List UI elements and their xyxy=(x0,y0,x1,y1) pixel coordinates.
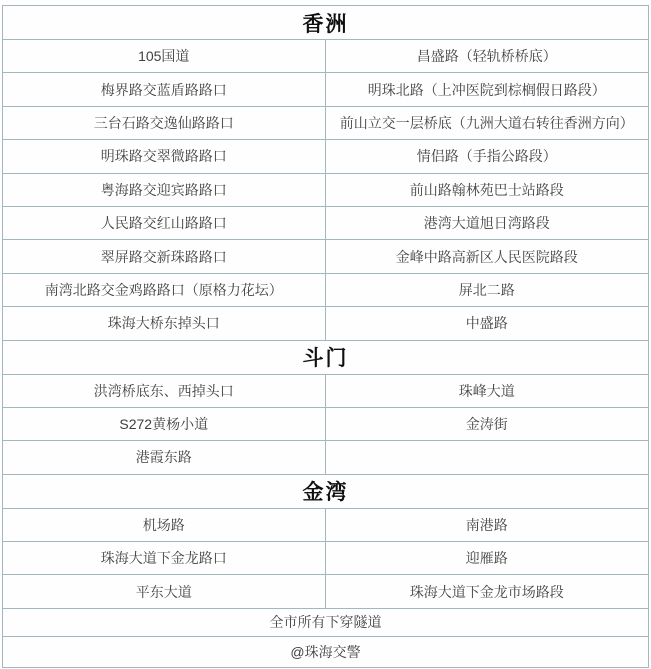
table-row: 珠海大桥东掉头口 中盛路 xyxy=(3,307,648,340)
table-row: 人民路交红山路路口 港湾大道旭日湾路段 xyxy=(3,207,648,240)
section-title: 金湾 xyxy=(303,476,349,506)
road-cell-left: 南湾北路交金鸡路路口（原格力花坛） xyxy=(3,274,326,306)
road-cell-left: 洪湾桥底东、西掉头口 xyxy=(3,375,326,407)
table-row: 明珠路交翠微路路口 情侣路（手指公路段） xyxy=(3,140,648,173)
road-cell-right: 南港路 xyxy=(326,509,649,541)
road-cell-right: 前山立交一层桥底（九洲大道右转往香洲方向） xyxy=(326,107,649,139)
citywide-tunnels-label: 全市所有下穿隧道 xyxy=(270,612,382,632)
table-row: 105国道 昌盛路（轻轨桥桥底） xyxy=(3,40,648,73)
section-title: 香洲 xyxy=(303,8,349,38)
road-cell-right: 前山路翰林苑巴士站路段 xyxy=(326,174,649,206)
road-cell-right: 金峰中路高新区人民医院路段 xyxy=(326,240,649,272)
table-row: 机场路 南港路 xyxy=(3,509,648,542)
road-cell-right xyxy=(326,441,649,473)
road-cell-right: 情侣路（手指公路段） xyxy=(326,140,649,172)
road-cell-left: 机场路 xyxy=(3,509,326,541)
table-row: 粤海路交迎宾路路口 前山路翰林苑巴士站路段 xyxy=(3,174,648,207)
table-row: 珠海大道下金龙路口 迎雁路 xyxy=(3,542,648,575)
table-row: 港霞东路 xyxy=(3,441,648,474)
table-row: 翠屏路交新珠路路口 金峰中路高新区人民医院路段 xyxy=(3,240,648,273)
section-title: 斗门 xyxy=(303,342,349,372)
road-cell-left: 粤海路交迎宾路路口 xyxy=(3,174,326,206)
table-row: S272黄杨小道 金涛街 xyxy=(3,408,648,441)
road-cell-right: 珠海大道下金龙市场路段 xyxy=(326,575,649,607)
road-cell-left: 明珠路交翠微路路口 xyxy=(3,140,326,172)
road-cell-right: 明珠北路（上冲医院到棕榈假日路段） xyxy=(326,73,649,105)
road-cell-left: 梅界路交蓝盾路路口 xyxy=(3,73,326,105)
road-cell-left: 三台石路交逸仙路路口 xyxy=(3,107,326,139)
road-cell-right: 金涛街 xyxy=(326,408,649,440)
citywide-tunnels-row: 全市所有下穿隧道 xyxy=(3,609,648,637)
road-cell-right: 珠峰大道 xyxy=(326,375,649,407)
table-row: 平东大道 珠海大道下金龙市场路段 xyxy=(3,575,648,608)
road-cell-right: 中盛路 xyxy=(326,307,649,339)
road-cell-right: 港湾大道旭日湾路段 xyxy=(326,207,649,239)
road-cell-left: 港霞东路 xyxy=(3,441,326,473)
road-cell-left: 珠海大桥东掉头口 xyxy=(3,307,326,339)
section-header-doumen: 斗门 xyxy=(3,341,648,375)
section-header-jinwan: 金湾 xyxy=(3,475,648,509)
author-handle-row: @珠海交警 xyxy=(3,637,648,667)
road-cell-right: 昌盛路（轻轨桥桥底） xyxy=(326,40,649,72)
road-cell-left: 翠屏路交新珠路路口 xyxy=(3,240,326,272)
road-cell-left: 珠海大道下金龙路口 xyxy=(3,542,326,574)
road-cell-left: 105国道 xyxy=(3,40,326,72)
road-cell-left: S272黄杨小道 xyxy=(3,408,326,440)
road-cell-right: 屏北二路 xyxy=(326,274,649,306)
table-row: 梅界路交蓝盾路路口 明珠北路（上冲医院到棕榈假日路段） xyxy=(3,73,648,106)
author-handle: @珠海交警 xyxy=(290,642,360,662)
road-list-table: 香洲 105国道 昌盛路（轻轨桥桥底） 梅界路交蓝盾路路口 明珠北路（上冲医院到… xyxy=(2,5,649,668)
road-cell-left: 平东大道 xyxy=(3,575,326,607)
road-cell-left: 人民路交红山路路口 xyxy=(3,207,326,239)
table-row: 三台石路交逸仙路路口 前山立交一层桥底（九洲大道右转往香洲方向） xyxy=(3,107,648,140)
road-cell-right: 迎雁路 xyxy=(326,542,649,574)
section-header-xiangzhou: 香洲 xyxy=(3,6,648,40)
table-row: 南湾北路交金鸡路路口（原格力花坛） 屏北二路 xyxy=(3,274,648,307)
table-row: 洪湾桥底东、西掉头口 珠峰大道 xyxy=(3,375,648,408)
